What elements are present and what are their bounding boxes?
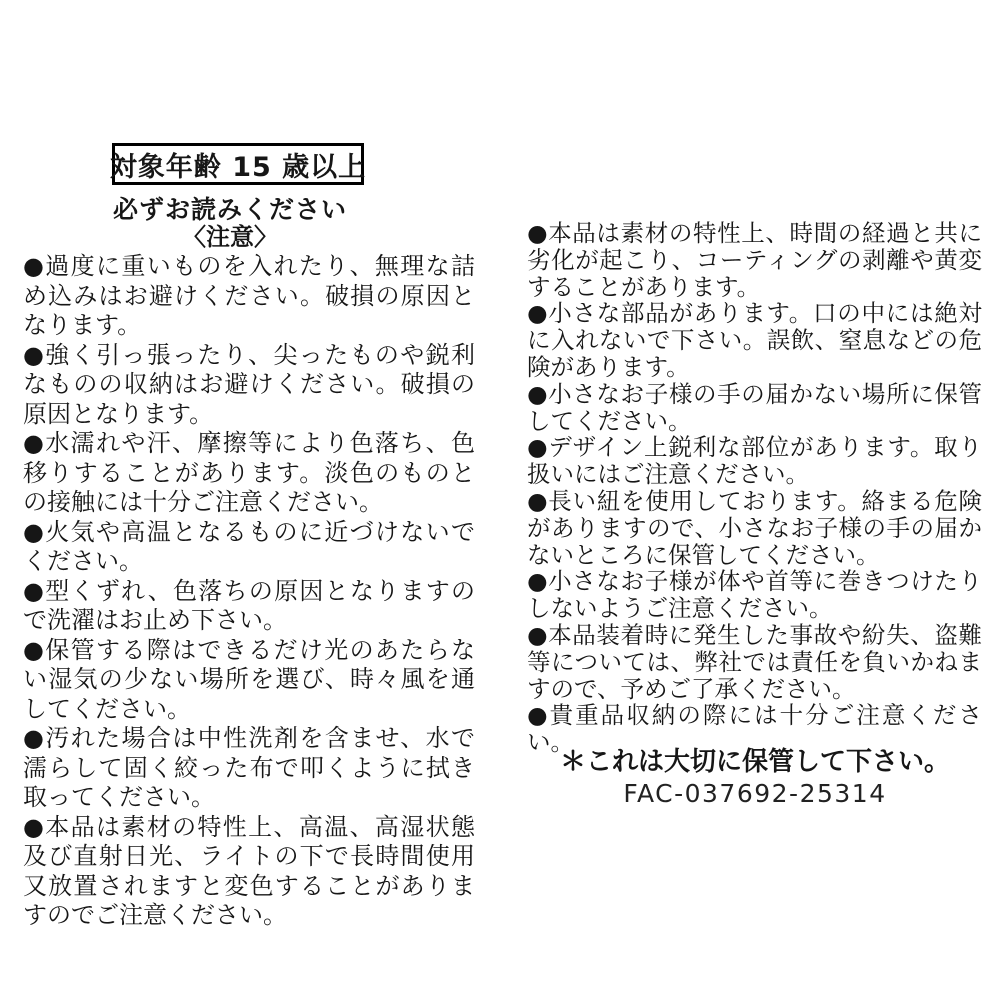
notice-item: ●保管する際はできるだけ光のあたらない湿気の少ない場所を選び、時々風を通してくだ… bbox=[23, 636, 475, 725]
notice-item: ●本品は素材の特性上、時間の経過と共に劣化が起こり、コーティングの剥離や黄変する… bbox=[527, 220, 982, 300]
notice-column-left: ●過度に重いものを入れたり、無理な詰め込みはお避けください。破損の原因となります… bbox=[23, 252, 475, 931]
notice-item: ●火気や高温となるものに近づけないでください。 bbox=[23, 518, 475, 577]
notice-item: ●水濡れや汗、摩擦等により色落ち、色移りすることがあります。淡色のものとの接触に… bbox=[23, 429, 475, 518]
caution-heading: 〈注意〉 bbox=[85, 224, 375, 251]
notice-item: ●小さなお子様の手の届かない場所に保管してください。 bbox=[527, 381, 982, 435]
notice-item: ●過度に重いものを入れたり、無理な詰め込みはお避けください。破損の原因となります… bbox=[23, 252, 475, 341]
age-restriction-box: 対象年齢 15 歳以上 bbox=[112, 143, 364, 185]
notice-item: ●汚れた場合は中性洗剤を含ませ、水で濡らして固く絞った布で叩くように拭き取ってく… bbox=[23, 724, 475, 813]
age-restriction-label: 対象年齢 15 歳以上 bbox=[110, 145, 366, 184]
notice-item: ●本品装着時に発生した事故や紛失、盗難等については、弊社では責任を負いかねますの… bbox=[527, 622, 982, 702]
notice-item: ●長い紐を使用しております。絡まる危険がありますので、小さなお子様の手の届かない… bbox=[527, 488, 982, 568]
notice-item: ●小さなお子様が体や首等に巻きつけたりしないようご注意ください。 bbox=[527, 568, 982, 622]
notice-item: ●デザイン上鋭利な部位があります。取り扱いにはご注意ください。 bbox=[527, 434, 982, 488]
product-code: FAC-037692-25314 bbox=[540, 779, 970, 808]
notice-column-right: ●本品は素材の特性上、時間の経過と共に劣化が起こり、コーティングの剥離や黄変する… bbox=[527, 220, 982, 756]
notice-item: ●強く引っ張ったり、尖ったものや鋭利なものの収納はお避けください。破損の原因とな… bbox=[23, 341, 475, 430]
notice-item: ●本品は素材の特性上、高温、高湿状態及び直射日光、ライトの下で長時間使用又放置さ… bbox=[23, 813, 475, 931]
subtitle-block: 必ずお読みください 〈注意〉 bbox=[85, 195, 375, 251]
notice-item: ●小さな部品があります。口の中には絶対に入れないで下さい。誤飲、窒息などの危険が… bbox=[527, 300, 982, 380]
notice-item: ●型くずれ、色落ちの原因となりますので洗濯はお止め下さい。 bbox=[23, 577, 475, 636]
keep-safe-note: ＊これは大切に保管して下さい。 bbox=[540, 741, 970, 778]
caution-sheet: 対象年齢 15 歳以上 必ずお読みください 〈注意〉 ●過度に重いものを入れたり… bbox=[0, 0, 1000, 1000]
must-read-label: 必ずお読みください bbox=[85, 195, 375, 224]
